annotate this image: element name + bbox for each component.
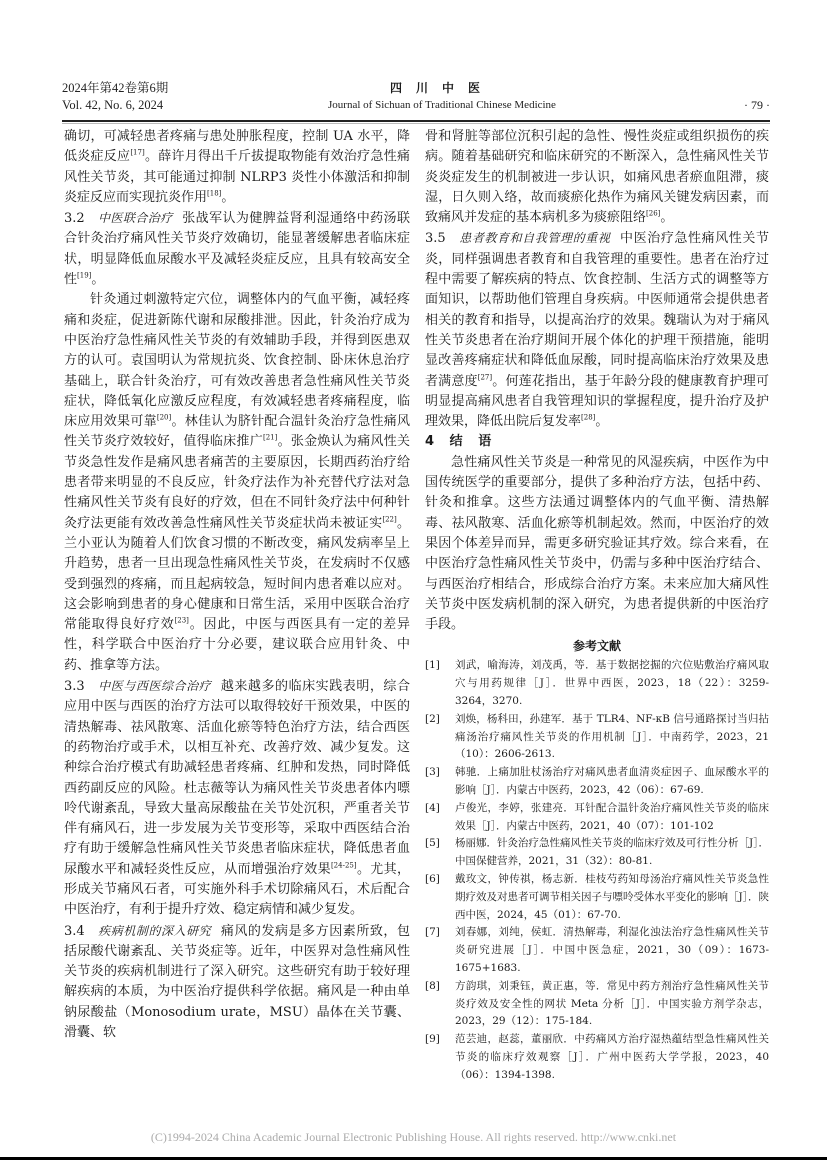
left-column: 确切，可减轻患者疼痛与患处肿胀程度，控制 UA 水平，降低炎症反应[17]。薛许… bbox=[64, 127, 410, 1043]
ref-number: [8] bbox=[425, 978, 455, 1031]
text: 。 bbox=[660, 210, 673, 225]
text: 针灸通过刺激特定穴位，调整体内的气血平衡，减轻疼痛和炎症，促进新陈代谢和尿酸排泄… bbox=[64, 292, 410, 429]
section-number: 3.3 bbox=[64, 679, 85, 694]
text: 痛风的发病是多方因素所致，包括尿酸代谢紊乱、关节炎症等。近年，中医界对急性痛风性… bbox=[64, 924, 410, 1040]
text: 。兰小亚认为随着人们饮食习惯的不断改变，痛风发病率呈上升趋势，患者一旦出现急性痛… bbox=[64, 516, 410, 632]
reference-item: [3]韩驰．上痛加肚杖汤治疗对痛风患者血清炎症因子、血尿酸水平的影响［J］．内蒙… bbox=[425, 764, 769, 800]
ref-number: [4] bbox=[425, 800, 455, 836]
section-3-2: 3.2中医联合治疗张战军认为健脾益肾利湿通络中药汤联合针灸治疗痛风性关节炎疗效确… bbox=[64, 208, 410, 290]
section-number: 3.2 bbox=[64, 211, 85, 226]
reference-item: [1]刘武，喻海涛，刘茂禹，等．基于数据挖掘的穴位贴敷治疗痛风取穴与用药规律［J… bbox=[425, 657, 769, 710]
paragraph: 骨和肾脏等部位沉积引起的急性、慢性炎症或组织损伤的疾病。随着基础研究和临床研究的… bbox=[425, 127, 769, 228]
citation: [19] bbox=[77, 272, 91, 280]
header-rule bbox=[62, 120, 770, 122]
paragraph: 针灸通过刺激特定穴位，调整体内的气血平衡，减轻疼痛和炎症，促进新陈代谢和尿酸排泄… bbox=[64, 290, 410, 676]
text: 。 bbox=[91, 272, 104, 287]
section-3-4: 3.4疾病机制的深入研究痛风的发病是多方因素所致，包括尿酸代谢紊乱、关节炎症等。… bbox=[64, 921, 410, 1044]
journal-title-cn: 四川中医 bbox=[312, 80, 572, 97]
reference-item: [8]方韵琪，刘秉钰，黄正惠，等．常见中药方剂治疗急性痛风性关节炎疗效及安全性的… bbox=[425, 978, 769, 1031]
ref-number: [3] bbox=[425, 764, 455, 800]
reference-item: [2]刘焕，杨科田，孙建军．基于 TLR4、NF-κB 信号通路探讨当归拈痛汤治… bbox=[425, 711, 769, 764]
ref-number: [1] bbox=[425, 657, 455, 710]
text: 越来越多的临床实践表明，综合应用中医与西医的治疗方法可以取得较好干预效果，中医的… bbox=[64, 679, 410, 877]
section-3-5: 3.5患者教育和自我管理的重视中医治疗急性痛风性关节炎，同样强调患者教育和自我管… bbox=[425, 228, 769, 432]
section-title: 结语 bbox=[450, 434, 507, 449]
citation: [28] bbox=[581, 414, 595, 422]
running-header: 2024年第42卷第6期 Vol. 42, No. 6, 2024 四川中医 J… bbox=[62, 80, 770, 120]
text: 。 bbox=[595, 414, 608, 429]
reference-item: [7]刘春娜，刘纯，侯虹．清热解毒，利湿化浊法治疗急性痛风性关节炎研究进展［J］… bbox=[425, 924, 769, 977]
paragraph: 确切，可减轻患者疼痛与患处肿胀程度，控制 UA 水平，降低炎症反应[17]。薛许… bbox=[64, 127, 410, 208]
section-number: 3.4 bbox=[64, 924, 85, 939]
reference-list: [1]刘武，喻海涛，刘茂禹，等．基于数据挖掘的穴位贴敷治疗痛风取穴与用药规律［J… bbox=[425, 657, 769, 1084]
section-number: 4 bbox=[425, 434, 434, 449]
ref-text: 范芸迪，赵蕊，董丽欣．中药痛风方治疗湿热蕴结型急性痛风性关节炎的临床疗效观察［J… bbox=[455, 1031, 769, 1084]
ref-number: [9] bbox=[425, 1031, 455, 1084]
reference-item: [4]卢俊光，李婷，张建亮．耳针配合温针灸治疗痛风性关节炎的临床效果［J］．内蒙… bbox=[425, 800, 769, 836]
conclusion-paragraph: 急性痛风性关节炎是一种常见的风湿疾病，中医作为中国传统医学的重要部分，提供了多种… bbox=[425, 453, 769, 636]
ref-text: 刘焕，杨科田，孙建军．基于 TLR4、NF-κB 信号通路探讨当归拈痛汤治疗痛风… bbox=[455, 711, 769, 764]
citation: [27] bbox=[478, 373, 492, 381]
ref-text: 刘春娜，刘纯，侯虹．清热解毒，利湿化浊法治疗急性痛风性关节炎研究进展［J］．中国… bbox=[455, 924, 769, 977]
issue-en: Vol. 42, No. 6, 2024 bbox=[62, 97, 168, 114]
citation: [22] bbox=[382, 515, 396, 523]
ref-number: [5] bbox=[425, 835, 455, 871]
citation: [21] bbox=[263, 434, 277, 442]
citation: [17] bbox=[130, 149, 144, 157]
references-heading: 参考文献 bbox=[425, 635, 769, 657]
section-title: 中医与西医综合治疗 bbox=[98, 679, 212, 693]
ref-text: 刘武，喻海涛，刘茂禹，等．基于数据挖掘的穴位贴敷治疗痛风取穴与用药规律［J］．世… bbox=[455, 657, 769, 710]
text: 。 bbox=[221, 190, 234, 205]
section-3-3: 3.3中医与西医综合治疗越来越多的临床实践表明，综合应用中医与西医的治疗方法可以… bbox=[64, 676, 410, 921]
reference-item: [5]杨丽娜．针灸治疗急性痛风性关节炎的临床疗效及可行性分析［J］．中国保健营养… bbox=[425, 835, 769, 871]
ref-text: 杨丽娜．针灸治疗急性痛风性关节炎的临床疗效及可行性分析［J］．中国保健营养，20… bbox=[455, 835, 769, 871]
citation: [24-25] bbox=[331, 861, 357, 869]
section-title: 中医联合治疗 bbox=[98, 211, 173, 225]
citation: [26] bbox=[646, 210, 660, 218]
ref-number: [6] bbox=[425, 871, 455, 924]
section-number: 3.5 bbox=[425, 231, 446, 246]
ref-text: 戴玫文，钟传祺，杨志新．桂枝芍药知母汤治疗痛风性关节炎急性期疗效及对患者可调节相… bbox=[455, 871, 769, 924]
citation: [18] bbox=[207, 190, 221, 198]
page-number: · 79 · bbox=[744, 98, 770, 113]
reference-item: [6]戴玫文，钟传祺，杨志新．桂枝芍药知母汤治疗痛风性关节炎急性期疗效及对患者可… bbox=[425, 871, 769, 924]
copyright-footer: (C)1994-2024 China Academic Journal Elec… bbox=[0, 1130, 827, 1145]
text: 骨和肾脏等部位沉积引起的急性、慢性炎症或组织损伤的疾病。随着基础研究和临床研究的… bbox=[425, 129, 769, 225]
header-rule-thin bbox=[62, 123, 770, 124]
right-column: 骨和肾脏等部位沉积引起的急性、慢性炎症或组织损伤的疾病。随着基础研究和临床研究的… bbox=[425, 127, 769, 1085]
issue-info: 2024年第42卷第6期 Vol. 42, No. 6, 2024 bbox=[62, 80, 168, 114]
ref-number: [7] bbox=[425, 924, 455, 977]
section-title: 疾病机制的深入研究 bbox=[98, 924, 212, 938]
section-title: 患者教育和自我管理的重视 bbox=[459, 231, 611, 245]
citation: [23] bbox=[175, 617, 189, 625]
section-4-heading: 4结语 bbox=[425, 432, 769, 452]
journal-title-en: Journal of Sichuan of Traditional Chines… bbox=[312, 97, 572, 114]
text: 中医治疗急性痛风性关节炎，同样强调患者教育和自我管理的重要性。患者在治疗过程中需… bbox=[425, 231, 769, 388]
reference-item: [9]范芸迪，赵蕊，董丽欣．中药痛风方治疗湿热蕴结型急性痛风性关节炎的临床疗效观… bbox=[425, 1031, 769, 1084]
ref-text: 方韵琪，刘秉钰，黄正惠，等．常见中药方剂治疗急性痛风性关节炎疗效及安全性的网状 … bbox=[455, 978, 769, 1031]
ref-text: 韩驰．上痛加肚杖汤治疗对痛风患者血清炎症因子、血尿酸水平的影响［J］．内蒙古中医… bbox=[455, 764, 769, 800]
citation: [20] bbox=[157, 414, 171, 422]
ref-text: 卢俊光，李婷，张建亮．耳针配合温针灸治疗痛风性关节炎的临床效果［J］．内蒙古中医… bbox=[455, 800, 769, 836]
ref-number: [2] bbox=[425, 711, 455, 764]
journal-title: 四川中医 Journal of Sichuan of Traditional C… bbox=[312, 80, 572, 114]
issue-cn: 2024年第42卷第6期 bbox=[62, 80, 168, 97]
